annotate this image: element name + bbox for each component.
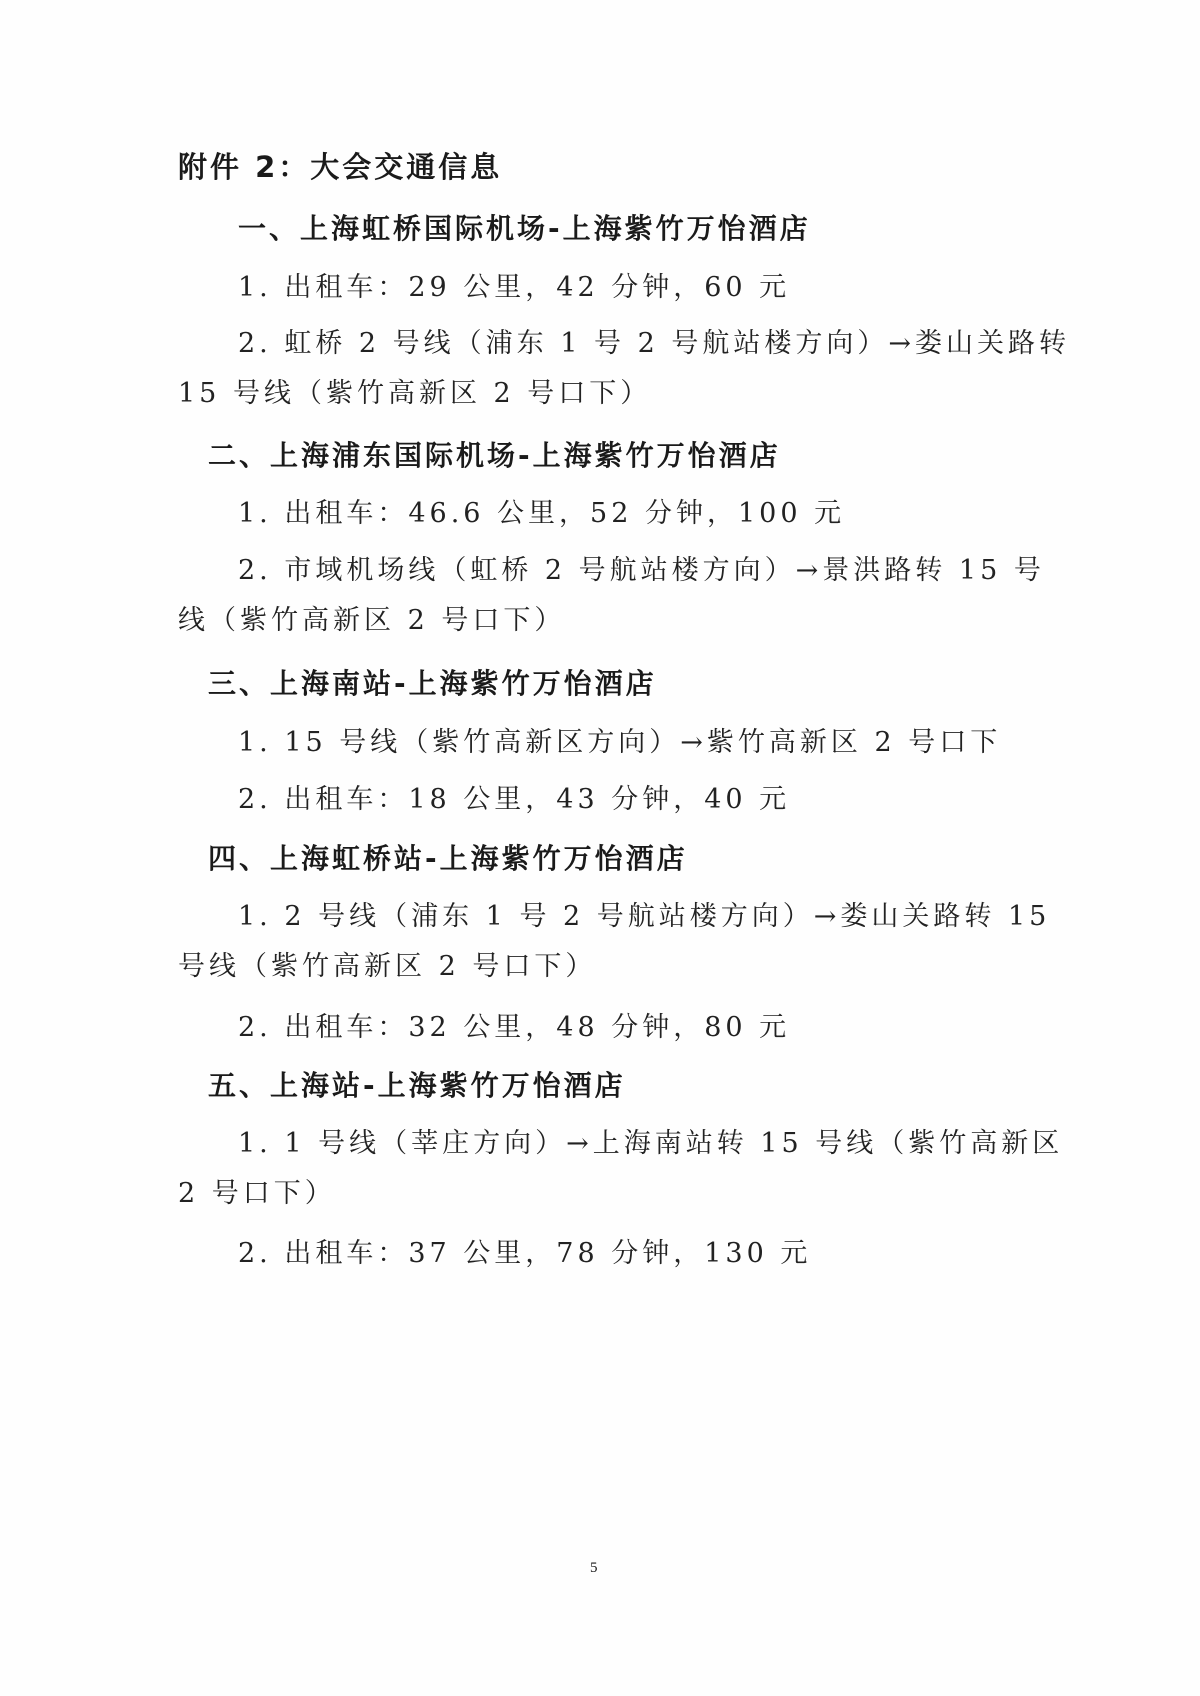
section-3-item-2: 2. 出租车：18 公里，43 分钟，40 元 (238, 786, 790, 813)
section-heading-5: 五、上海站-上海紫竹万怡酒店 (208, 1072, 626, 1100)
section-heading-1: 一、上海虹桥国际机场-上海紫竹万怡酒店 (238, 215, 811, 243)
section-5-item-2: 2. 出租车：37 公里，78 分钟，130 元 (238, 1240, 811, 1267)
section-4-item-1-line-1: 1. 2 号线（浦东 1 号 2 号航站楼方向）→娄山关路转 15 (238, 903, 1050, 930)
section-1-item-2-line-2: 15 号线（紫竹高新区 2 号口下） (178, 380, 651, 407)
section-heading-4: 四、上海虹桥站-上海紫竹万怡酒店 (208, 845, 688, 873)
section-3-item-1: 1. 15 号线（紫竹高新区方向）→紫竹高新区 2 号口下 (238, 729, 1001, 756)
section-5-item-1-line-2: 2 号口下） (178, 1180, 336, 1207)
section-heading-3: 三、上海南站-上海紫竹万怡酒店 (208, 670, 657, 698)
section-heading-2: 二、上海浦东国际机场-上海紫竹万怡酒店 (208, 442, 781, 470)
section-4-item-2: 2. 出租车：32 公里，48 分钟，80 元 (238, 1014, 790, 1041)
section-4-item-1-line-2: 号线（紫竹高新区 2 号口下） (178, 953, 596, 980)
document-title: 附件 2：大会交通信息 (178, 153, 502, 182)
section-2-item-1: 1. 出租车：46.6 公里，52 分钟，100 元 (238, 500, 845, 527)
section-2-item-2-line-1: 2. 市域机场线（虹桥 2 号航站楼方向）→景洪路转 15 号 (238, 557, 1045, 584)
document-page: 附件 2：大会交通信息 一、上海虹桥国际机场-上海紫竹万怡酒店 1. 出租车：2… (0, 0, 1200, 1696)
page-number: 5 (590, 1560, 598, 1577)
section-1-item-1: 1. 出租车：29 公里，42 分钟，60 元 (238, 274, 790, 301)
section-2-item-2-line-2: 线（紫竹高新区 2 号口下） (178, 607, 565, 634)
section-1-item-2-line-1: 2. 虹桥 2 号线（浦东 1 号 2 号航站楼方向）→娄山关路转 (238, 330, 1070, 357)
section-5-item-1-line-1: 1. 1 号线（莘庄方向）→上海南站转 15 号线（紫竹高新区 (238, 1130, 1063, 1157)
